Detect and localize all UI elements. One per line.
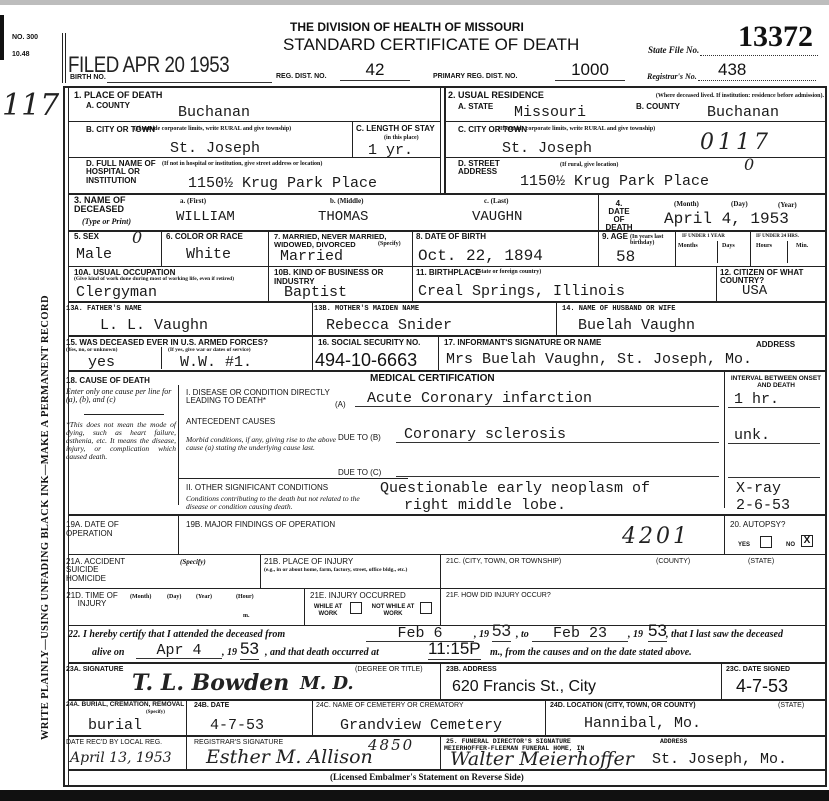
registrar-code: 4850 [368,736,414,754]
burial-location-label: 24d. LOCATION (City, town, or county) [550,702,696,709]
res-street-note: (If rural, give location) [560,162,618,168]
birthplace-label: 11. BIRTHPLACE [416,269,480,277]
injury-city-label: 21c. (CITY, TOWN, OR TOWNSHIP) [446,558,561,565]
days-label: Days [722,243,735,249]
pod-county-value: Buchanan [178,105,250,120]
pod-stay-value: 1 yr. [368,143,413,158]
registrar-signature-label: REGISTRAR'S SIGNATURE [194,739,283,746]
to-year-prefix: , 19 [628,630,643,641]
cause-b-value: Coronary sclerosis [396,427,719,443]
how-injury-label: 21f. HOW DID INJURY OCCUR? [446,592,551,599]
accident-specify: (Specify) [180,559,206,566]
operation-findings-label: 19b. MAJOR FINDINGS OF OPERATION [186,521,335,529]
birthplace-value: Creal Springs, Illinois [418,284,625,299]
injury-hour-label: (Hour) [236,594,254,600]
date-received: April 13, 1953 [70,750,172,766]
first-name-value: WILLIAM [176,210,235,224]
autopsy-no-label: NO [786,542,795,548]
race-value: White [186,247,231,262]
antecedent-label: ANTECEDENT CAUSES [186,418,275,426]
other-interval-2: 2-6-53 [736,498,790,513]
line-a-tag: (a) [335,401,346,409]
res-city-value: St. Joseph [502,141,592,156]
medical-cert-title: MEDICAL CERTIFICATION [370,374,495,384]
alive-year: 53 [240,639,259,660]
autopsy-no-checkbox[interactable]: X [801,535,813,547]
injury-occurred-label: 21e. INJURY OCCURRED [310,592,406,600]
alive-on-word: alive on [92,648,125,659]
pod-stay-note: (in this place) [384,135,419,141]
burial-date: 4-7-53 [210,718,264,733]
margin-form-date: 10.48 [12,51,30,58]
interval-a-value: 1 hr. [728,392,820,408]
agency-title: THE DIVISION OF HEALTH OF MISSOURI [290,20,524,34]
scan-left-edge [0,15,4,60]
dod-month-label: (Month) [674,201,699,208]
age-value: 58 [616,249,635,265]
physician-degree: M. D. [300,673,354,694]
occupation-note: (Give kind of work done during most of w… [74,277,264,283]
ssn-value: 494-10-6663 [315,350,417,371]
pod-stay-label: c. LENGTH OF STAY [356,125,436,134]
disease-condition-label: I. DISEASE OR CONDITION DIRECTLY LEADING… [186,389,336,405]
alive-on-date: Apr 4 [136,643,222,659]
to-year: 53 [648,621,667,642]
injury-month-label: (Month) [130,594,151,600]
burial-location: Hannibal, Mo. [584,716,701,731]
signature-label: 23a. SIGNATURE [66,666,123,673]
interval-label: INTERVAL BETWEEN ONSET AND DEATH [730,376,822,389]
burial-type-note: (Specify) [146,710,165,715]
res-city-note: (If outside corporate limits, write RURA… [498,126,655,132]
last-name-label: c. (Last) [484,198,509,205]
handwritten-code: 4201 [622,524,690,549]
primary-reg-dist-no: 1000 [555,60,625,81]
marital-note: (Specify) [378,241,401,247]
pod-county-label: a. COUNTY [86,102,130,110]
name-type-note: (Type or Print) [82,218,131,226]
hours-label: Hours [756,243,772,249]
birthplace-note: (State or foreign country) [476,269,541,275]
pod-city-value: St. Joseph [170,141,260,156]
injury-state-label: (STATE) [748,558,774,565]
due-to-b-label: DUE TO (b) [338,434,381,442]
registrar-no-label: Registrar's No. [647,73,697,81]
occupation-value: Clergyman [76,285,157,300]
interval-b-value: unk. [728,428,820,444]
other-interval-1: X-ray [736,481,781,496]
under-1-year-label: IF UNDER 1 YEAR [682,234,725,239]
scan-bottom-edge [0,790,829,801]
middle-name-label: b. (Middle) [330,198,363,205]
side-instruction-text: WRITE PLAINLY—USING UNFADING BLACK INK—M… [40,295,51,740]
autopsy-yes-checkbox[interactable] [760,536,772,548]
sex-code: 0 [132,228,142,247]
father-value: L. L. Vaughn [100,318,208,333]
birth-no-label: BIRTH NO. [70,74,106,81]
primary-reg-dist-label: PRIMARY REG. DIST. NO. [433,73,517,80]
informant-address-label: ADDRESS [756,341,795,349]
state-file-label: State File No. [648,46,699,55]
physician-address: 620 Francis St., City [452,678,596,696]
race-label: 6. COLOR OR RACE [166,233,243,241]
cause-of-death-label: 18. CAUSE OF DEATH [66,377,150,385]
physician-address-label: 23b. ADDRESS [446,666,497,673]
months-label: Months [678,243,698,249]
res-street-value: 1150½ Krug Park Place [520,174,709,189]
injury-time-label: 21d. TIME OF INJURY [66,592,118,609]
date-signed: 4-7-53 [736,676,788,697]
pod-hospital-label: d. FULL NAME OF HOSPITAL OR INSTITUTION [86,160,161,185]
spouse-value: Buelah Vaughn [578,318,695,333]
age-note: (In years last birthday) [630,234,670,246]
armed-forces-label: 15. WAS DECEASED EVER IN U.S. ARMED FORC… [66,339,268,347]
residence-note: (Where deceased lived. If institution: r… [556,93,824,99]
injury-year-label: (Year) [196,594,212,600]
res-street-code: 0 [744,155,754,174]
cemetery-value: Grandview Cemetery [340,718,502,733]
not-while-at-work-label: NOT WHILE AT WORK [370,604,416,617]
burial-type-label: 24a. BURIAL, CREMATION, REMOVAL [66,702,188,709]
cemetery-label: 24c. NAME OF CEMETERY OR CREMATORY [316,702,464,709]
death-time: 11:15P [428,639,481,660]
injury-day-label: (Day) [167,594,181,600]
dod-year-label: (Year) [778,202,797,209]
reg-dist-no: 42 [340,60,410,81]
other-conditions-note: Conditions contributing to the death but… [186,495,381,511]
war-value: W.W. #1. [180,355,252,370]
spouse-label: 14. NAME OF HUSBAND OR WIFE [562,306,675,313]
citizen-label: 12. CITIZEN OF WHAT COUNTRY? [720,269,825,285]
armed-value: yes [88,355,115,370]
autopsy-label: 20. AUTOPSY? [730,521,785,529]
date-of-death-label: 4. DATE OF DEATH [604,200,634,232]
registrar-no: 438 [698,60,816,81]
injury-place-note: (e.g., in or about home, farm, factory, … [264,568,436,574]
cause-note: Enter only one cause per line for (a), (… [66,388,176,405]
place-of-death-label: 1. PLACE OF DEATH [74,91,162,100]
attended-to: Feb 23 [532,626,628,642]
due-to-c-label: DUE TO (c) [338,469,381,477]
citizen-value: USA [742,284,767,298]
sex-value: Male [76,247,112,262]
res-city-code: 0117 [700,130,772,155]
burial-type: burial [88,718,142,733]
alive-year-prefix: , 19 [222,648,237,659]
while-at-work-label: WHILE AT WORK [310,604,346,617]
certificate-title: STANDARD CERTIFICATE OF DEATH [283,35,579,55]
first-name-label: a. (First) [180,198,206,205]
injury-county-label: (COUNTY) [656,558,690,565]
burial-date-label: 24b. DATE [194,702,229,709]
cause-c-line [396,476,719,477]
antecedent-note: Morbid conditions, if any, giving rise t… [186,436,336,452]
res-street-label: d. STREET ADDRESS [458,160,508,177]
cause-a-value: Acute Coronary infarction [355,391,719,407]
informant-value: Mrs Buelah Vaughn, St. Joseph, Mo. [446,352,752,367]
middle-name-value: THOMAS [318,210,368,224]
father-label: 13a. FATHER'S NAME [66,306,142,313]
degree-label: (Degree or title) [355,666,423,673]
injury-m-label: m. [243,613,250,619]
scan-top-edge [0,0,829,5]
pod-hospital-value: 1150½ Krug Park Place [188,176,377,191]
funeral-director-address-label: ADDRESS [660,739,687,746]
to-word: , to [516,630,529,641]
informant-label: 17. INFORMANT'S SIGNATURE OR NAME [444,339,601,347]
age-label: 9. AGE [602,233,628,241]
mother-label: 13b. MOTHER'S MAIDEN NAME [314,306,419,313]
date-received-label: DATE REC'D BY LOCAL REG. [66,739,162,746]
mother-value: Rebecca Snider [326,318,452,333]
ssn-label: 16. SOCIAL SECURITY NO. [318,339,420,347]
from-year: 53 [492,621,511,642]
pod-city-note: (If outside corporate limits, write RURA… [134,126,291,132]
last-name-value: VAUGHN [472,210,522,224]
dod-day-label: (Day) [731,201,748,208]
sex-label: 5. SEX [74,233,99,241]
name-of-deceased-label: 3. NAME OF DECEASED [74,196,146,214]
certify-text-2: , that I last saw the deceased [666,630,783,641]
reg-dist-label: REG. DIST. NO. [276,73,327,80]
funeral-director-address: St. Joseph, Mo. [652,752,787,767]
other-condition-line-1: Questionable early neoplasm of [380,481,650,496]
registrar-signature: Esther M. Allison [206,746,373,768]
res-county-value: Buchanan [707,105,779,120]
armed-note-2: (If yes, give war or dates of service) [168,348,251,354]
certify-text-3: , and that death occurred at [265,648,379,659]
pod-hospital-note: (If not in hospital or institution, give… [162,161,322,167]
res-county-label: b. COUNTY [636,103,680,111]
marital-value: Married [280,249,343,264]
date-of-death-value: April 4, 1953 [664,211,789,227]
cause-footnote: *This does not mean the mode of dying, s… [66,421,176,460]
margin-form-no: No. 300 [12,34,38,41]
armed-note-1: (Yes, no, or unknown) [66,348,117,354]
embalmer-note: (Licensed Embalmer's Statement on Revers… [330,773,524,782]
accident-label: 21a. ACCIDENT SUICIDE HOMICIDE [66,558,126,583]
operation-date-label: 19a. DATE OF OPERATION [66,521,158,539]
not-while-at-work-checkbox[interactable] [420,602,432,614]
while-at-work-checkbox[interactable] [350,602,362,614]
other-conditions-label: II. OTHER SIGNIFICANT CONDITIONS [186,484,328,492]
res-state-label: a. STATE [458,103,493,111]
physician-signature: T. L. Bowden [132,670,289,696]
dob-value: Oct. 22, 1894 [418,248,543,264]
burial-state-label: (State) [778,702,804,709]
other-condition-line-2: right middle lobe. [404,498,566,513]
funeral-director-signature: Walter Meierhoffer [450,748,634,770]
autopsy-yes-label: YES [738,542,750,548]
min-label: Min. [796,243,808,249]
dob-label: 8. DATE OF BIRTH [416,233,486,241]
state-file-number: 13372 [738,20,813,54]
under-24-hrs-label: IF UNDER 24 HRS. [756,234,799,239]
res-state-value: Missouri [514,105,586,120]
injury-place-label: 21b. PLACE OF INJURY [264,558,353,566]
business-value: Baptist [284,285,347,300]
side-handwritten-number: 117 [2,88,59,123]
certify-text-4: m., from the causes and on the date stat… [490,648,692,659]
date-signed-label: 23c. DATE SIGNED [726,666,790,673]
residence-label: 2. USUAL RESIDENCE [448,91,544,100]
